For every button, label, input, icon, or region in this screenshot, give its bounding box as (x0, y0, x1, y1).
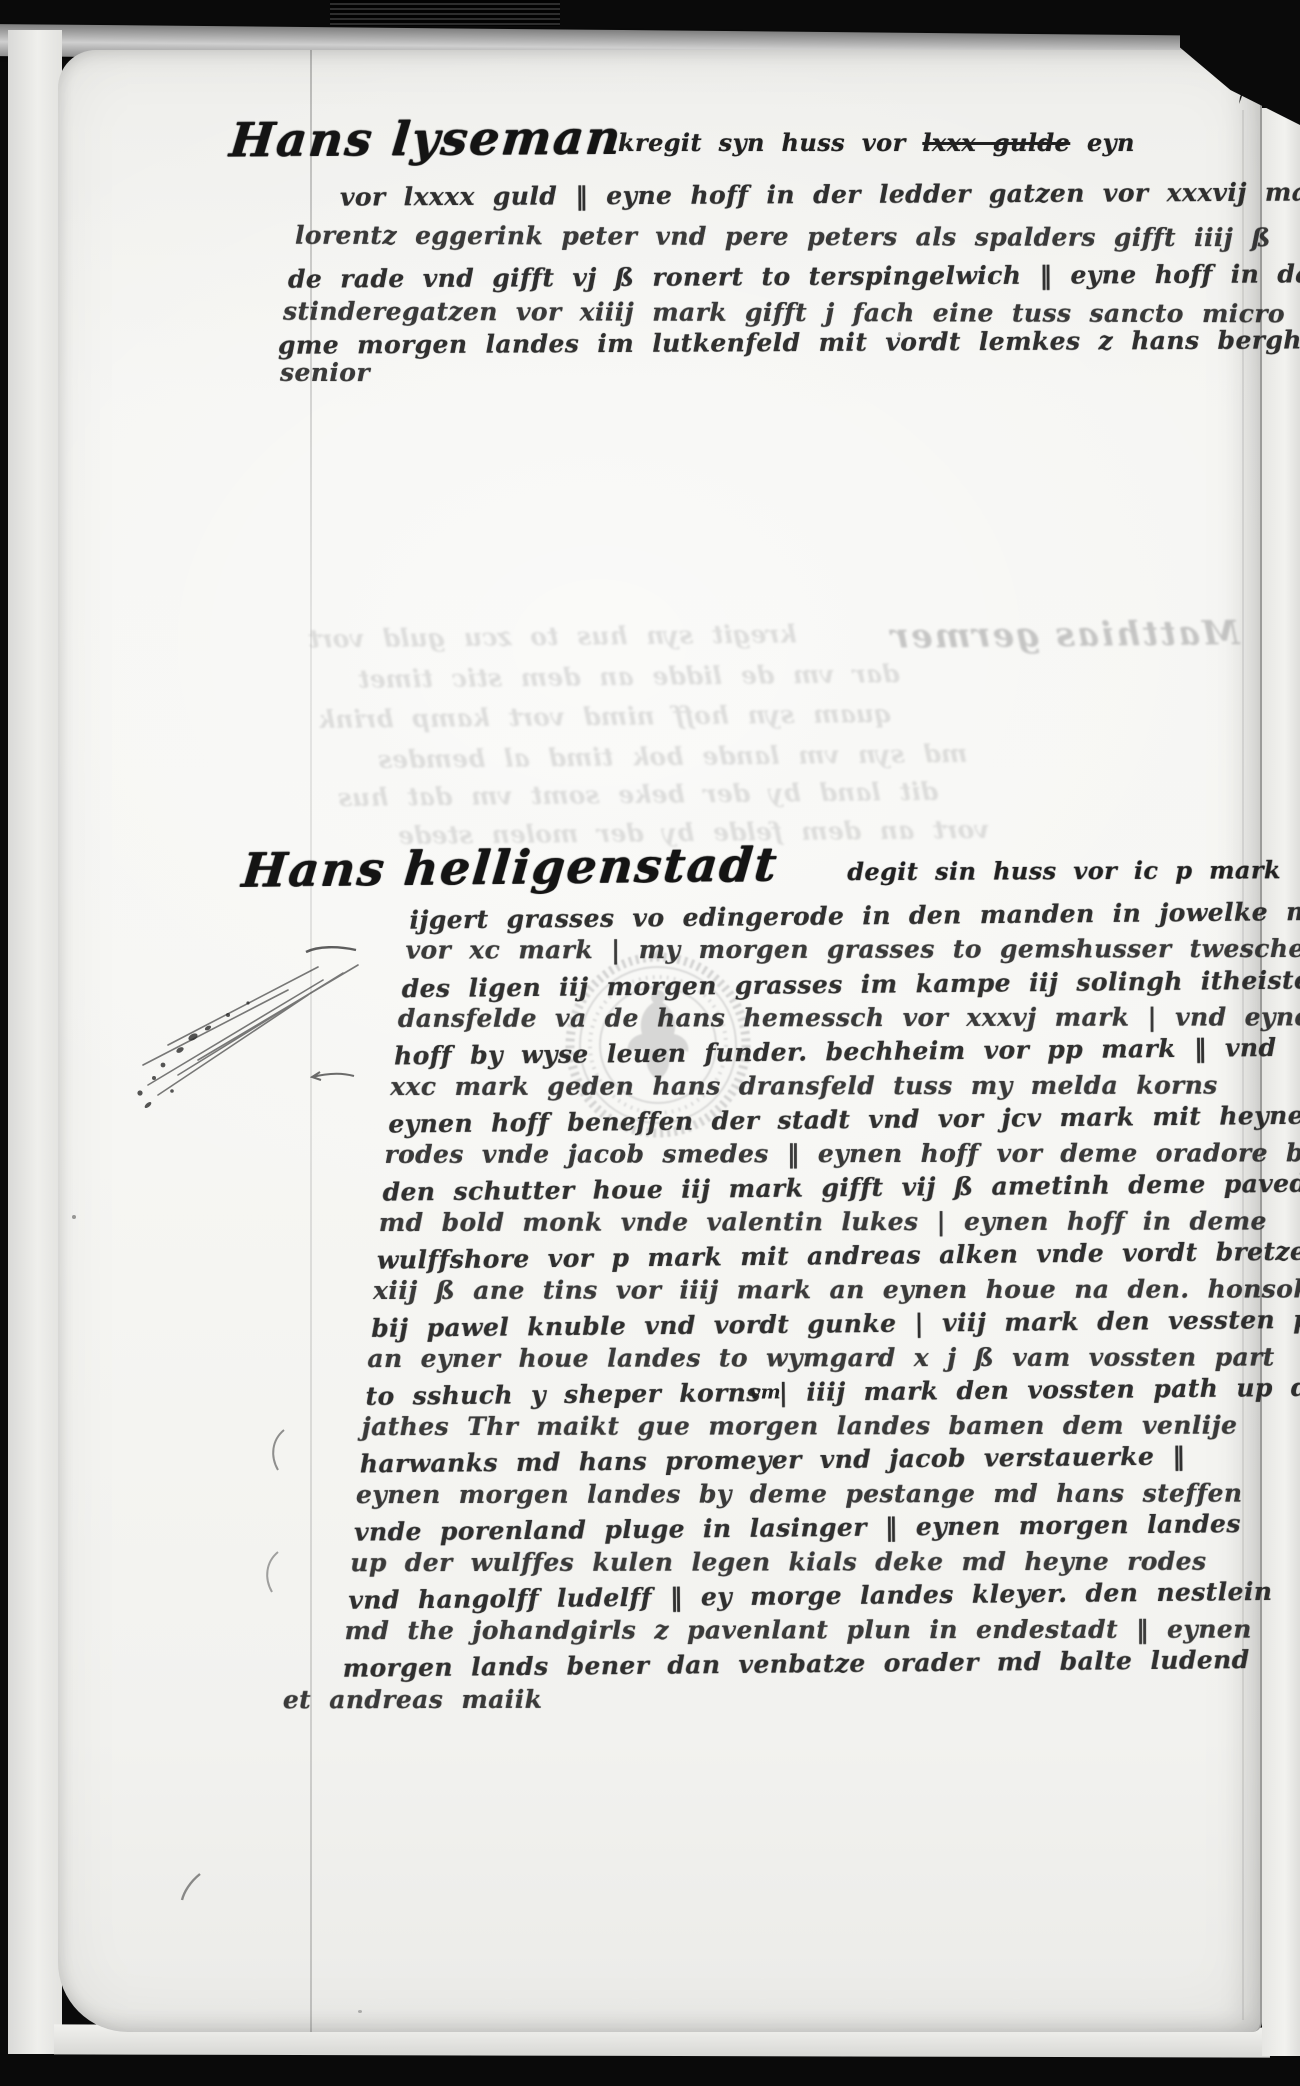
entry2-line: jathes Thr maikt gue morgen landes bamen… (362, 1411, 1238, 1442)
margin-hook-mark (260, 1550, 282, 1594)
entry2-line: eynen hoff beneffen der stadt vnd vor jc… (388, 1101, 1300, 1139)
entry2-line: morgen lands bener dan venbatze orader m… (343, 1645, 1250, 1683)
entry2-line: up der wulffes kulen legen kials deke md… (350, 1547, 1206, 1577)
entry2-heading-note: degit sin huss vor ic p mark (847, 855, 1281, 886)
margin-stray-stroke (178, 1872, 204, 1902)
entry2-line: bij pawel knuble vnd vordt gunke | viij … (371, 1304, 1300, 1343)
entry2-line: ijgert grasses vo edingerode in den mand… (409, 896, 1300, 935)
entry2-line: rodes vnde jacob smedes ‖ eynen hoff vor… (384, 1138, 1300, 1169)
register-entry-2: Hans helligenstadt degit sin huss vor ic… (54, 47, 1265, 2034)
underlying-page-edges-right (1262, 108, 1300, 2056)
entry2-line: vor xc mark | my morgen grasses to gemsh… (406, 933, 1300, 964)
entry2-line: md the johandgirls z pavenlant plun in e… (345, 1615, 1252, 1646)
entry2-line: wulffshore vor p mark mit andreas alken … (377, 1237, 1300, 1275)
ink-speck (358, 2010, 362, 2013)
entry2-line: to sshuch y sheper korns | iiij mark den… (365, 1372, 1300, 1411)
entry2-line: dansfelde va de hans hemessch vor xxxvj … (398, 1002, 1300, 1033)
entry2-line: vnd hangolff ludelff ‖ ey morge landes k… (348, 1577, 1272, 1615)
entry2-line: harwanks md hans promeyer vnd jacob vers… (360, 1442, 1186, 1479)
entry2-line: den schutter houe iij mark gifft vij ß a… (383, 1169, 1300, 1207)
entry2-name: Hans helligenstadt (239, 838, 780, 899)
entry2-line: an eyner houe landes to wymgard x j ß va… (367, 1343, 1274, 1374)
entry2-line: des ligen iij morgen grasses im kampe ii… (402, 963, 1300, 1004)
spine-shadow-texture (330, 0, 560, 26)
entry2-line: md bold monk vnde valentin lukes | eynen… (379, 1207, 1267, 1238)
entry2-line: eynen morgen landes by deme pestange md … (356, 1479, 1243, 1510)
underlying-page-edges-left (8, 30, 62, 2054)
entry2-line: et andreas maiik (283, 1685, 542, 1714)
margin-dash-mark (304, 942, 358, 958)
ink-speck (898, 332, 901, 336)
ink-speck (72, 1215, 76, 1219)
entry2-line: vnde porenland pluge in lasinger ‖ eynen… (354, 1509, 1241, 1547)
entry2-line: xxc mark geden hans dransfeld tuss my me… (390, 1071, 1218, 1101)
entry2-line: xiij ß ane tins vor iiij mark an eynen h… (373, 1274, 1300, 1305)
margin-arrow-mark (310, 1068, 356, 1084)
manuscript-page: Hans lyseman kregit syn huss vor lxxx gu… (58, 50, 1262, 2032)
entry2-line: hoff by wyse leuen funder. bechheim vor … (394, 1033, 1277, 1070)
ink-speck (618, 340, 621, 343)
margin-hook-mark (266, 1428, 288, 1472)
manuscript-scan: Hans lyseman kregit syn huss vor lxxx gu… (0, 0, 1300, 2086)
